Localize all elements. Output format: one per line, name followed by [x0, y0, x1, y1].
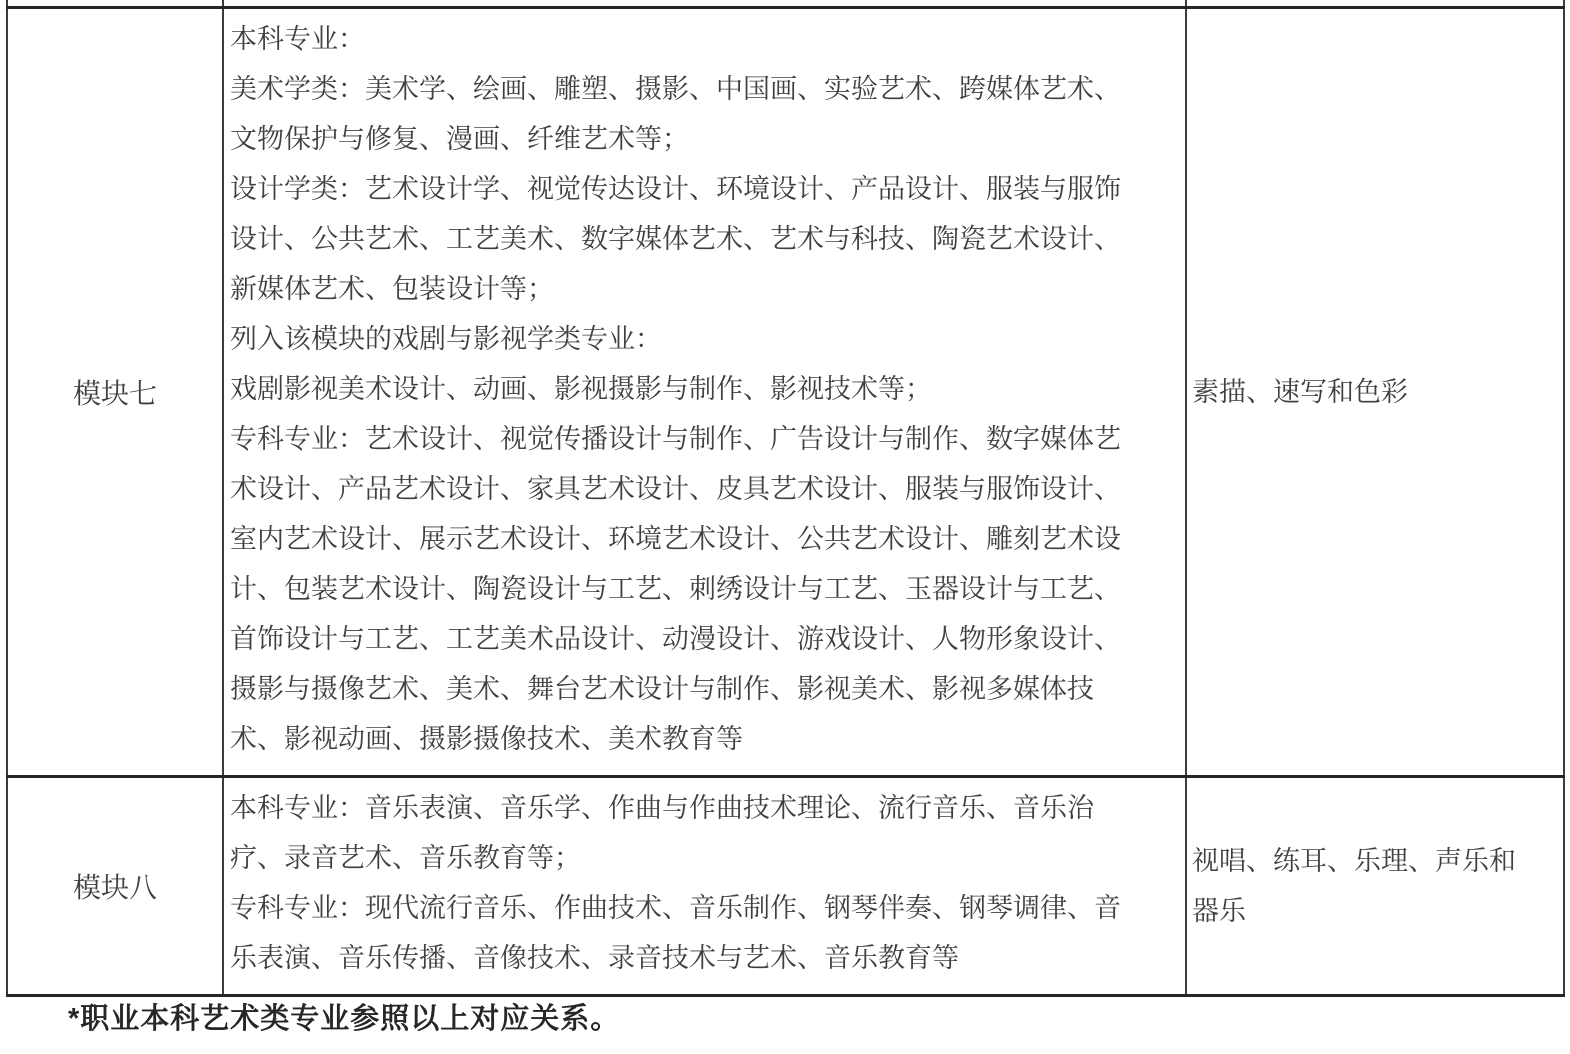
text-line: 戏剧影视美术设计、动画、影视摄影与制作、影视技术等； [230, 364, 1179, 414]
text-line: 计、包装艺术设计、陶瓷设计与工艺、刺绣设计与工艺、玉器设计与工艺、 [230, 564, 1179, 614]
module8-subjects-cell: 视唱、练耳、乐理、声乐和器乐 [1187, 778, 1565, 994]
text-line: 美术学类：美术学、绘画、雕塑、摄影、中国画、实验艺术、跨媒体艺术、 [230, 64, 1179, 114]
text-line: 新媒体艺术、包装设计等； [230, 264, 1179, 314]
module7-name-cell: 模块七 [6, 9, 224, 775]
text-line: 设计、公共艺术、工艺美术、数字媒体艺术、艺术与科技、陶瓷艺术设计、 [230, 214, 1179, 264]
sliver-cell-majors [224, 0, 1187, 6]
text-line: 乐表演、音乐传播、音像技术、录音技术与艺术、音乐教育等 [230, 933, 1179, 983]
text-line: 视唱、练耳、乐理、声乐和 [1192, 836, 1558, 886]
modules-table: 模块七 本科专业：美术学类：美术学、绘画、雕塑、摄影、中国画、实验艺术、跨媒体艺… [6, 0, 1565, 997]
module8-majors-cell: 本科专业：音乐表演、音乐学、作曲与作曲技术理论、流行音乐、音乐治疗、录音艺术、音… [224, 778, 1187, 994]
text-line: 疗、录音艺术、音乐教育等； [230, 833, 1179, 883]
text-line: 本科专业： [230, 14, 1179, 64]
text-line: 素描、速写和色彩 [1192, 367, 1558, 417]
text-line: 术、影视动画、摄影摄像技术、美术教育等 [230, 714, 1179, 764]
previous-row-sliver [6, 0, 1565, 9]
module7-majors-cell: 本科专业：美术学类：美术学、绘画、雕塑、摄影、中国画、实验艺术、跨媒体艺术、文物… [224, 9, 1187, 775]
text-line: 器乐 [1192, 886, 1558, 936]
text-line: 室内艺术设计、展示艺术设计、环境艺术设计、公共艺术设计、雕刻艺术设 [230, 514, 1179, 564]
sliver-cell-subjects [1187, 0, 1565, 6]
text-line: 专科专业：艺术设计、视觉传播设计与制作、广告设计与制作、数字媒体艺 [230, 414, 1179, 464]
module8-label: 模块八 [73, 866, 157, 906]
footnote: *职业本科艺术类专业参照以上对应关系。 [68, 996, 620, 1037]
text-line: 摄影与摄像艺术、美术、舞台艺术设计与制作、影视美术、影视多媒体技 [230, 664, 1179, 714]
table-row-module7: 模块七 本科专业：美术学类：美术学、绘画、雕塑、摄影、中国画、实验艺术、跨媒体艺… [6, 9, 1565, 778]
module7-label: 模块七 [73, 372, 157, 412]
text-line: 列入该模块的戏剧与影视学类专业： [230, 314, 1179, 364]
table-row-module8: 模块八 本科专业：音乐表演、音乐学、作曲与作曲技术理论、流行音乐、音乐治疗、录音… [6, 778, 1565, 997]
text-line: 本科专业：音乐表演、音乐学、作曲与作曲技术理论、流行音乐、音乐治 [230, 783, 1179, 833]
text-line: 设计学类：艺术设计学、视觉传达设计、环境设计、产品设计、服装与服饰 [230, 164, 1179, 214]
text-line: 专科专业：现代流行音乐、作曲技术、音乐制作、钢琴伴奏、钢琴调律、音 [230, 883, 1179, 933]
text-line: 首饰设计与工艺、工艺美术品设计、动漫设计、游戏设计、人物形象设计、 [230, 614, 1179, 664]
text-line: 术设计、产品艺术设计、家具艺术设计、皮具艺术设计、服装与服饰设计、 [230, 464, 1179, 514]
module8-name-cell: 模块八 [6, 778, 224, 994]
text-line: 文物保护与修复、漫画、纤维艺术等； [230, 114, 1179, 164]
sliver-cell-module [6, 0, 224, 6]
module7-subjects-cell: 素描、速写和色彩 [1187, 9, 1565, 775]
